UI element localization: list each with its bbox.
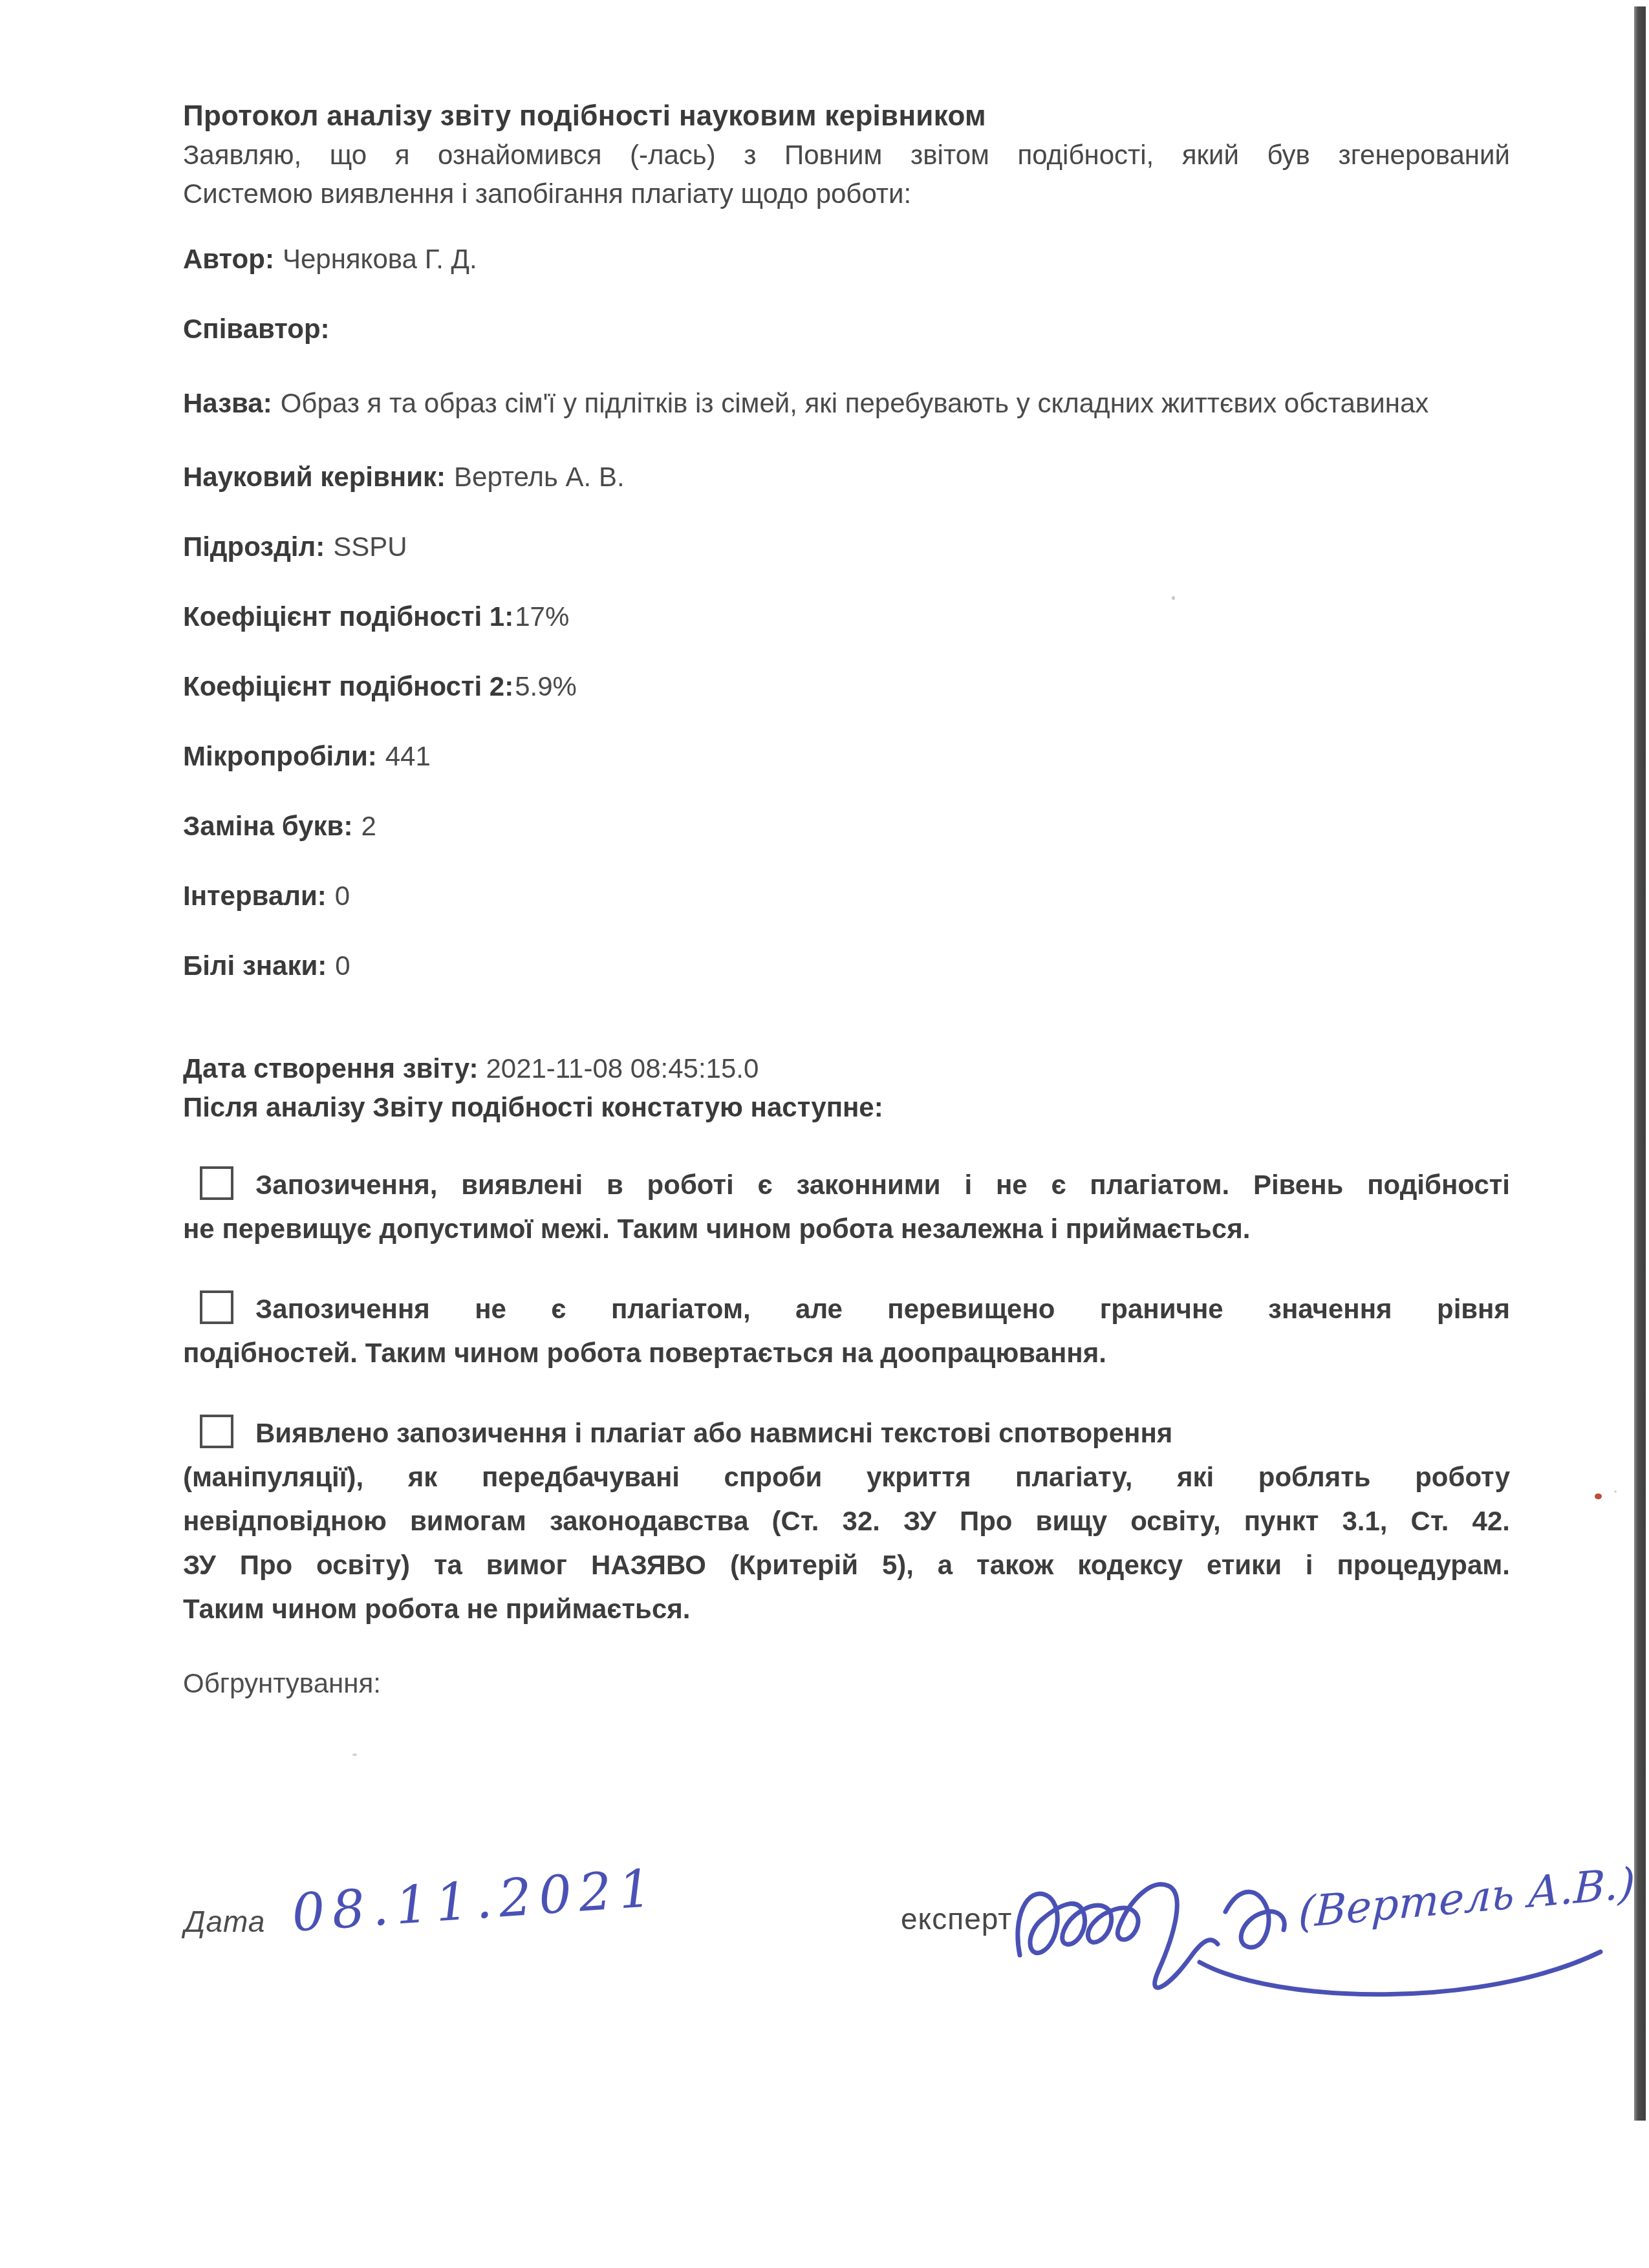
field-row: Коефіцієнт подібності 2:5.9% xyxy=(183,670,1510,703)
checkbox[interactable] xyxy=(200,1415,233,1448)
field-row: Заміна букв:2 xyxy=(183,810,1510,842)
option-line: (маніпуляції), як передбачувані спроби у… xyxy=(183,1455,1510,1499)
option-line: подібностей. Таким чином робота повертає… xyxy=(183,1331,1510,1375)
field-label: Співавтор: xyxy=(183,314,330,344)
field-row: Підрозділ:SSPU xyxy=(183,531,1510,563)
field-row: Інтервали:0 xyxy=(183,880,1510,912)
field-value: Чернякова Г. Д. xyxy=(283,244,477,274)
intro-line: Системою виявлення і запобігання плагіат… xyxy=(183,175,1510,213)
field-value: 0 xyxy=(335,950,350,981)
red-speck-artifact xyxy=(1595,1493,1602,1499)
option-line: Виявлено запозичення і плагіат або навми… xyxy=(183,1411,1510,1455)
field-row: Коефіцієнт подібності 1:17% xyxy=(183,601,1510,633)
fields-list: Автор:Чернякова Г. Д. Співавтор: Назва:О… xyxy=(183,243,1510,982)
conclusion-option: Запозичення, виявлені в роботі є законни… xyxy=(183,1163,1510,1251)
scan-speck xyxy=(1172,596,1175,600)
option-line: Запозичення не є плагіатом, але перевище… xyxy=(183,1287,1510,1331)
date-handwritten-ink: 08.11.2021 xyxy=(290,1857,660,1943)
expert-label: експерт xyxy=(901,1901,1012,1936)
field-row: Співавтор: xyxy=(183,313,1510,345)
conclusion-option: Запозичення не є плагіатом, але перевище… xyxy=(183,1287,1510,1375)
scan-speck xyxy=(352,1753,357,1756)
scan-speck xyxy=(1614,1490,1617,1493)
field-row: Науковий керівник:Вертель А. В. xyxy=(183,461,1510,493)
field-value: Вертель А. В. xyxy=(454,462,625,492)
field-label: Науковий керівник: xyxy=(183,462,446,492)
field-row: Білі знаки:0 xyxy=(183,950,1510,982)
field-value: SSPU xyxy=(333,531,407,562)
intro-paragraph: Заявляю, що я ознайомився (-лась) з Повн… xyxy=(183,136,1510,213)
field-label: Автор: xyxy=(183,244,274,274)
field-row: Мікропробіли:441 xyxy=(183,740,1510,773)
field-value: 2 xyxy=(361,811,376,841)
conclusion-option: Виявлено запозичення і плагіат або навми… xyxy=(183,1411,1510,1631)
field-row: Назва:Образ я та образ сім'ї у підлітків… xyxy=(183,383,1510,423)
field-value: Образ я та образ сім'ї у підлітків із сі… xyxy=(281,388,1429,418)
option-line: ЗУ Про освіту) та вимог НАЗЯВО (Критерій… xyxy=(183,1543,1510,1587)
field-label: Коефіцієнт подібності 2: xyxy=(183,671,513,701)
field-row: Автор:Чернякова Г. Д. xyxy=(183,243,1510,275)
intro-line: Заявляю, що я ознайомився (-лась) з Повн… xyxy=(183,136,1510,175)
field-label: Білі знаки: xyxy=(183,950,327,981)
field-value: 17% xyxy=(515,601,569,632)
checkbox[interactable] xyxy=(200,1166,233,1200)
checkmark-icon xyxy=(198,1152,247,1212)
report-date-label: Дата створення звіту: xyxy=(183,1053,478,1084)
scanned-document-page: Протокол аналізу звіту подібності науков… xyxy=(0,0,1649,2268)
field-value: 0 xyxy=(335,881,350,911)
field-label: Коефіцієнт подібності 1: xyxy=(183,601,513,632)
option-line: Таким чином робота не приймається. xyxy=(183,1587,1510,1631)
field-label: Підрозділ: xyxy=(183,531,325,562)
signature-ink: (Вертель А.В.) xyxy=(1006,1835,1646,2029)
field-label: Заміна букв: xyxy=(183,811,352,841)
field-value: 5.9% xyxy=(515,671,577,701)
report-date-line: Дата створення звіту:2021-11-08 08:45:15… xyxy=(183,1049,1510,1088)
document-content: Протокол аналізу звіту подібності науков… xyxy=(0,0,1649,2067)
field-value: 441 xyxy=(385,741,431,771)
justification-label: Обгрунтування: xyxy=(183,1667,1510,1700)
footer-date-label: Дата xyxy=(184,1904,265,1939)
option-line: не перевищує допустимої межі. Таким чино… xyxy=(183,1207,1510,1251)
field-label: Назва: xyxy=(183,388,272,418)
scanner-edge-shadow xyxy=(1634,6,1646,2121)
option-line: Запозичення, виявлені в роботі є законни… xyxy=(183,1163,1510,1207)
checkbox[interactable] xyxy=(200,1290,233,1324)
conclusion-options: Запозичення, виявлені в роботі є законни… xyxy=(183,1163,1510,1631)
report-date-block: Дата створення звіту:2021-11-08 08:45:15… xyxy=(183,1049,1510,1127)
report-date-value: 2021-11-08 08:45:15.0 xyxy=(486,1053,759,1084)
option-line: невідповідною вимогам законодавства (Ст.… xyxy=(183,1499,1510,1543)
field-label: Мікропробіли: xyxy=(183,741,377,771)
field-label: Інтервали: xyxy=(183,881,327,911)
footer-signature-row: Дата 08.11.2021 експерт (Вертель А.В.) xyxy=(183,1854,1510,2067)
statement-line: Після аналізу Звіту подібності констатую… xyxy=(183,1088,1510,1127)
document-title: Протокол аналізу звіту подібності науков… xyxy=(183,97,1510,136)
